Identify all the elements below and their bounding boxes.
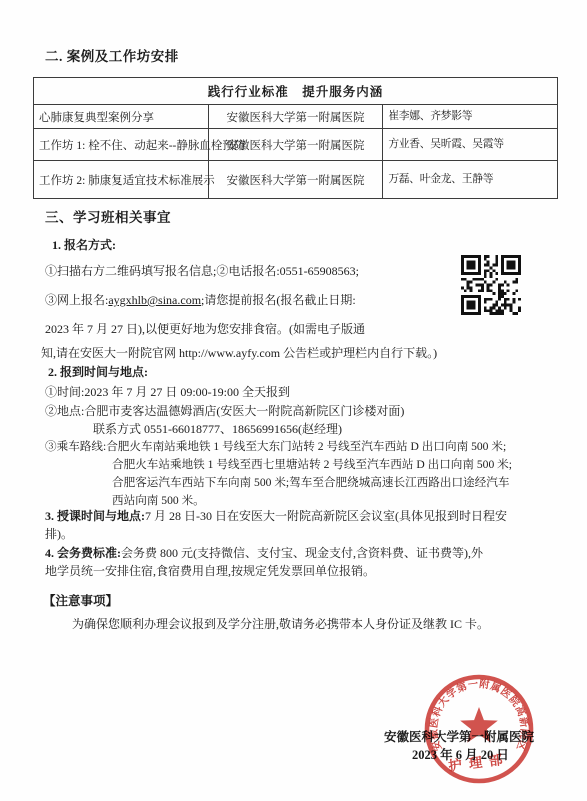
table-row: 工作坊 1: 栓不住、动起来--静脉血栓预防 安徽医科大学第一附属医院 方业香、… xyxy=(34,129,558,161)
official-seal: 安徽医科大学第一附属医院高新院区 护理部 xyxy=(418,668,540,790)
notice-title: 【注意事项】 xyxy=(43,591,118,609)
route-line1: ③乘车路线:合肥火车南站乘地铁 1 号线至大东门站转 2 号线至汽车西站 D 出… xyxy=(45,438,506,454)
notice-text: 为确保您顺利办理会议报到及学分注册,敬请务必携带本人身份证及继教 IC 卡。 xyxy=(72,615,489,632)
item4-wrap: 地学员统一安排住宿,食宿费用自理,按规定凭发票回单位报销。 xyxy=(45,562,375,579)
people-cell: 万磊、叶金龙、王静等 xyxy=(383,161,558,199)
section3-heading: 三、学习班相关事宜 xyxy=(45,206,171,226)
table-header: 践行行业标准 提升服务内涵 xyxy=(34,78,558,105)
reg-line1: ①扫描右方二维码填写报名信息;②电话报名:0551-65908563; xyxy=(45,262,359,279)
people-cell: 方业香、吴昕霞、吴霞等 xyxy=(383,129,558,161)
reg-line4: 知,请在安医大一附院官网 http://www.ayfy.com 公告栏或护理栏… xyxy=(41,344,437,361)
org-cell: 安徽医科大学第一附属医院 xyxy=(208,105,383,129)
route-line4: 西站向南 500 米。 xyxy=(112,492,205,508)
route-line3: 合肥客运汽车西站下车向南 500 米;驾车至合肥绕城高速长江西路出口途经汽车 xyxy=(112,474,509,490)
org-cell: 安徽医科大学第一附属医院 xyxy=(208,161,383,199)
item3-line1: 3. 授课时间与地点:7 月 28 日-30 日在安医大一附院高新院区会议室(具… xyxy=(45,507,507,524)
table-row: 工作坊 2: 肺康复适宜技术标准展示 安徽医科大学第一附属医院 万磊、叶金龙、王… xyxy=(34,161,558,199)
item3-label: 3. 授课时间与地点: xyxy=(45,509,145,523)
org-cell: 安徽医科大学第一附属医院 xyxy=(208,129,383,161)
people-cell: 崔李娜、齐梦影等 xyxy=(383,105,558,129)
table-row: 心肺康复典型案例分享 安徽医科大学第一附属医院 崔李娜、齐梦影等 xyxy=(34,105,558,129)
reg-line2-prefix: ③网上报名: xyxy=(45,293,108,307)
reg-line2-suffix: ;请您提前报名(报名截止日期: xyxy=(201,293,356,307)
item1-title: 1. 报名方式: xyxy=(52,236,116,253)
reg-line2: ③网上报名:aygxhlb@sina.com;请您提前报名(报名截止日期: xyxy=(45,291,356,308)
item4-label: 4. 会务费标准: xyxy=(45,546,121,560)
document-page: 二. 案例及工作坊安排 践行行业标准 提升服务内涵 心肺康复典型案例分享 安徽医… xyxy=(0,0,587,801)
checkin-time: ①时间:2023 年 7 月 27 日 09:00-19:00 全天报到 xyxy=(45,383,290,400)
reg-line3: 2023 年 7 月 27 日),以便更好地为您安排食宿。(如需电子版通 xyxy=(45,320,365,337)
item2-title: 2. 报到时间与地点: xyxy=(48,363,148,380)
item4-text: 会务费 800 元(支持微信、支付宝、现金支付,含资料费、证书费等),外 xyxy=(121,546,483,560)
qr-code-image xyxy=(461,254,521,316)
seal-star-icon xyxy=(460,707,498,743)
registration-qr-code xyxy=(461,254,521,316)
checkin-contact: 联系方式 0551-66018777、18656991656(赵经理) xyxy=(93,420,342,437)
checkin-place: ②地点:合肥市麦客达温德姆酒店(安医大一附院高新院区门诊楼对面) xyxy=(45,402,404,419)
registration-email-link[interactable]: aygxhlb@sina.com xyxy=(108,293,201,307)
seal-label: 护理部 xyxy=(447,750,510,773)
topic-cell: 工作坊 2: 肺康复适宜技术标准展示 xyxy=(34,161,209,199)
route-line2: 合肥火车站乘地铁 1 号线至西七里塘站转 2 号线至汽车西站 D 出口向南 50… xyxy=(112,456,512,472)
topic-cell: 工作坊 1: 栓不住、动起来--静脉血栓预防 xyxy=(34,129,209,161)
item3-wrap: 排)。 xyxy=(45,525,73,542)
item3-text: 7 月 28 日-30 日在安医大一附院高新院区会议室(具体见报到时日程安 xyxy=(145,509,507,523)
topic-cell: 心肺康复典型案例分享 xyxy=(34,105,209,129)
item4-line1: 4. 会务费标准:会务费 800 元(支持微信、支付宝、现金支付,含资料费、证书… xyxy=(45,544,483,561)
seal-image: 安徽医科大学第一附属医院高新院区 护理部 xyxy=(418,668,540,790)
section2-heading: 二. 案例及工作坊安排 xyxy=(45,45,179,65)
workshop-table: 践行行业标准 提升服务内涵 心肺康复典型案例分享 安徽医科大学第一附属医院 崔李… xyxy=(33,77,558,199)
